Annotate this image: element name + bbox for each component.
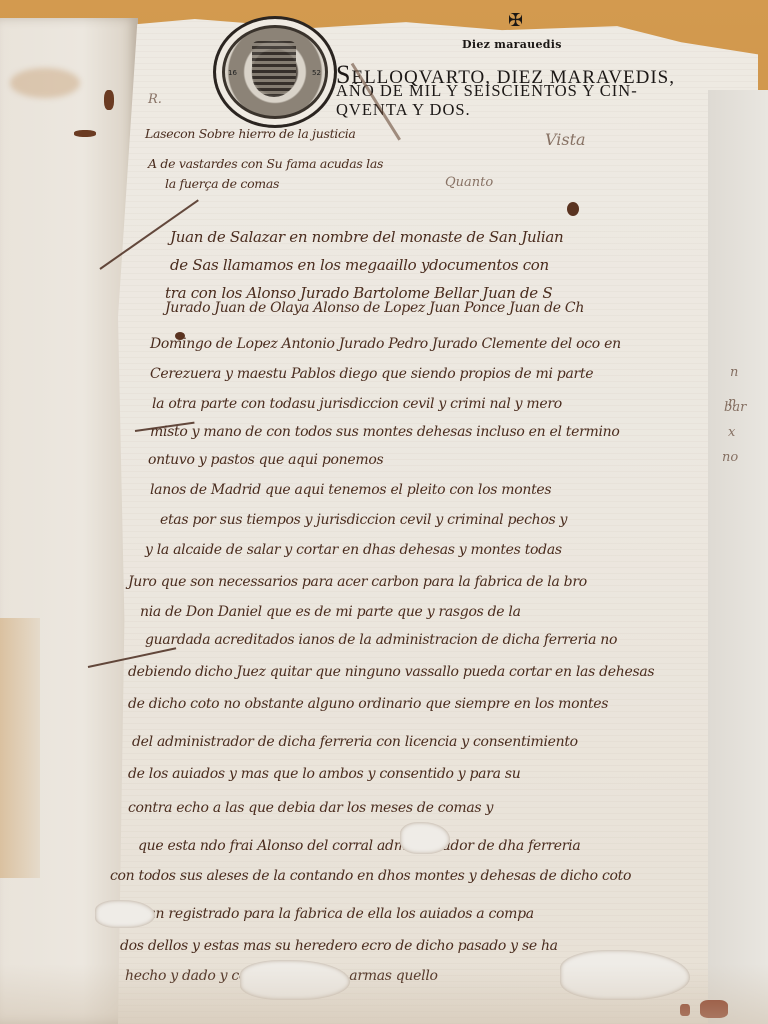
page-fold <box>0 618 40 878</box>
body-line: y la alcaide de salar y cortar en dhas d… <box>145 542 562 558</box>
right-page-edge <box>708 90 768 1024</box>
heading-line: A de vastardes con Su fama acudas las <box>148 156 383 171</box>
royal-seal-stamp: 16 52 <box>213 16 337 128</box>
body-line: ontuvo y pastos que aqui ponemos <box>148 452 383 468</box>
body-line: misto y mano de con todos sus montes deh… <box>150 424 620 440</box>
stamp-title-line-2: AÑO DE MIL Y SEISCIENTOS Y CIN- <box>336 81 638 101</box>
body-line: que esta ndo frai Alonso del corral admi… <box>138 838 580 854</box>
body-line: del administrador de dicha ferreria con … <box>132 734 578 750</box>
body-line: Jurado Juan de Olaya Alonso de Lopez Jua… <box>165 300 584 316</box>
body-line: de Sas llamamos en los megaaillo ydocume… <box>170 256 549 274</box>
ink-blot <box>74 130 96 137</box>
seal-numerals-right: 52 <box>312 69 321 77</box>
margin-note-right: bar <box>724 400 746 415</box>
heading-line: la fuerça de comas <box>165 176 279 191</box>
seal-numerals-left: 16 <box>228 69 237 77</box>
margin-note-right: no <box>722 450 738 465</box>
body-line: lanos de Madrid que aqui tenemos el plei… <box>150 482 551 498</box>
body-line: Domingo de Lopez Antonio Jurado Pedro Ju… <box>150 336 621 352</box>
cross-icon: ✠ <box>508 10 523 31</box>
bottom-edge-damage <box>0 964 768 1024</box>
body-line: nia de Don Daniel que es de mi parte que… <box>140 604 521 620</box>
body-line: dos dellos y estas mas su heredero ecro … <box>120 938 558 954</box>
margin-note-left: R. <box>148 92 162 107</box>
body-line: contra echo a las que debia dar los mese… <box>128 800 493 816</box>
ink-hole <box>567 202 579 216</box>
margin-note-quanto: Quanto <box>445 175 493 190</box>
margin-note-right: x <box>728 425 735 440</box>
water-stain <box>10 68 80 98</box>
body-line: de dicho coto no obstante alguno ordinar… <box>128 696 608 712</box>
body-line: que an registrado para la fabrica de ell… <box>118 906 534 922</box>
body-line: debiendo dicho Juez quitar que ninguno v… <box>128 664 654 680</box>
body-line: etas por sus tiempos y jurisdiccion cevi… <box>160 512 567 528</box>
body-line: Juro que son necessarios para acer carbo… <box>128 574 587 590</box>
body-line: de los auiados y mas que lo ambos y cons… <box>128 766 520 782</box>
coat-of-arms-icon <box>252 41 296 97</box>
margin-note-right: n <box>730 365 738 380</box>
margin-note-top-right: Vista <box>545 130 586 149</box>
body-line: Juan de Salazar en nombre del monaste de… <box>170 228 563 246</box>
body-line: la otra parte con todasu jurisdiccion ce… <box>152 396 562 412</box>
body-line: guardada acreditados ianos de la adminis… <box>145 632 617 648</box>
heading-line: Lasecon Sobre hierro de la justicia <box>145 126 356 141</box>
paper-damage <box>400 822 450 854</box>
paper-damage <box>95 900 155 928</box>
ink-hole <box>175 332 185 340</box>
ink-blot <box>104 90 114 110</box>
stamp-title-line-3: QVENTA Y DOS. <box>336 100 471 120</box>
body-line: Cerezuera y maestu Pablos diego que sien… <box>150 366 593 382</box>
stamp-value-label: Diez marauedis <box>462 38 562 51</box>
body-line: con todos sus aleses de la contando en d… <box>110 868 631 884</box>
